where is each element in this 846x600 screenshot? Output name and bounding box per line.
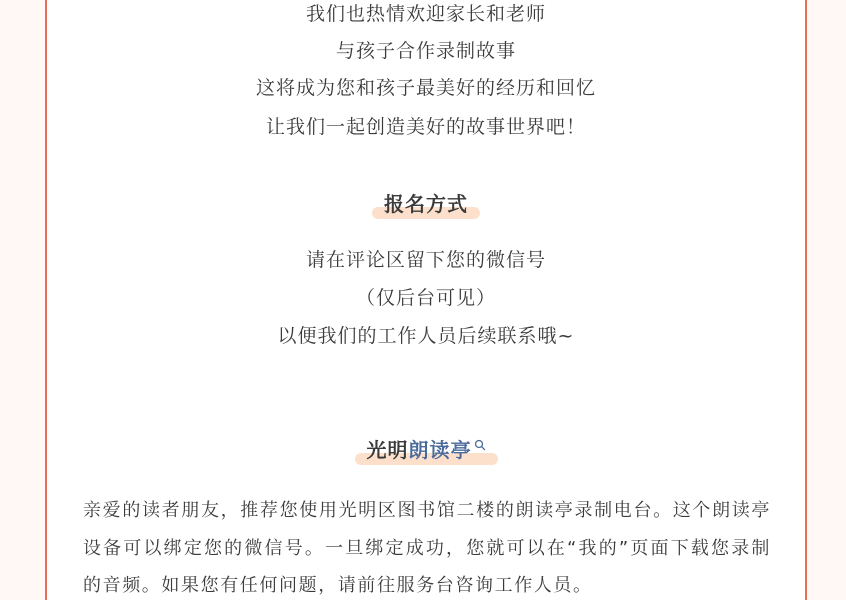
signup-line: （仅后台可见）: [47, 286, 805, 310]
booth-heading-text-blue: 朗读亭: [409, 438, 472, 462]
search-icon: [474, 431, 486, 443]
intro-line: 让我们一起创造美好的故事世界吧！: [47, 115, 805, 139]
article-card: 我们也热情欢迎家长和老师 与孩子合作录制故事 这将成为您和孩子最美好的经历和回忆…: [45, 0, 807, 600]
booth-paragraph: 亲爱的读者朋友，推荐您使用光明区图书馆二楼的朗读亭录制电台。这个朗读亭设备可以绑…: [83, 492, 771, 600]
signup-heading: 报名方式: [372, 191, 480, 217]
signup-line: 请在评论区留下您的微信号: [47, 248, 805, 272]
intro-line: 我们也热情欢迎家长和老师: [47, 2, 805, 26]
signup-heading-wrap: 报名方式: [47, 191, 805, 217]
intro-line: 这将成为您和孩子最美好的经历和回忆: [47, 76, 805, 100]
booth-heading-text-dark: 光明: [367, 438, 409, 462]
signup-heading-text: 报名方式: [384, 192, 468, 216]
intro-line: 与孩子合作录制故事: [47, 39, 805, 63]
booth-heading-wrap: 光明朗读亭: [47, 437, 805, 463]
signup-line: 以便我们的工作人员后续联系哦~: [47, 324, 805, 348]
booth-heading: 光明朗读亭: [355, 437, 498, 463]
